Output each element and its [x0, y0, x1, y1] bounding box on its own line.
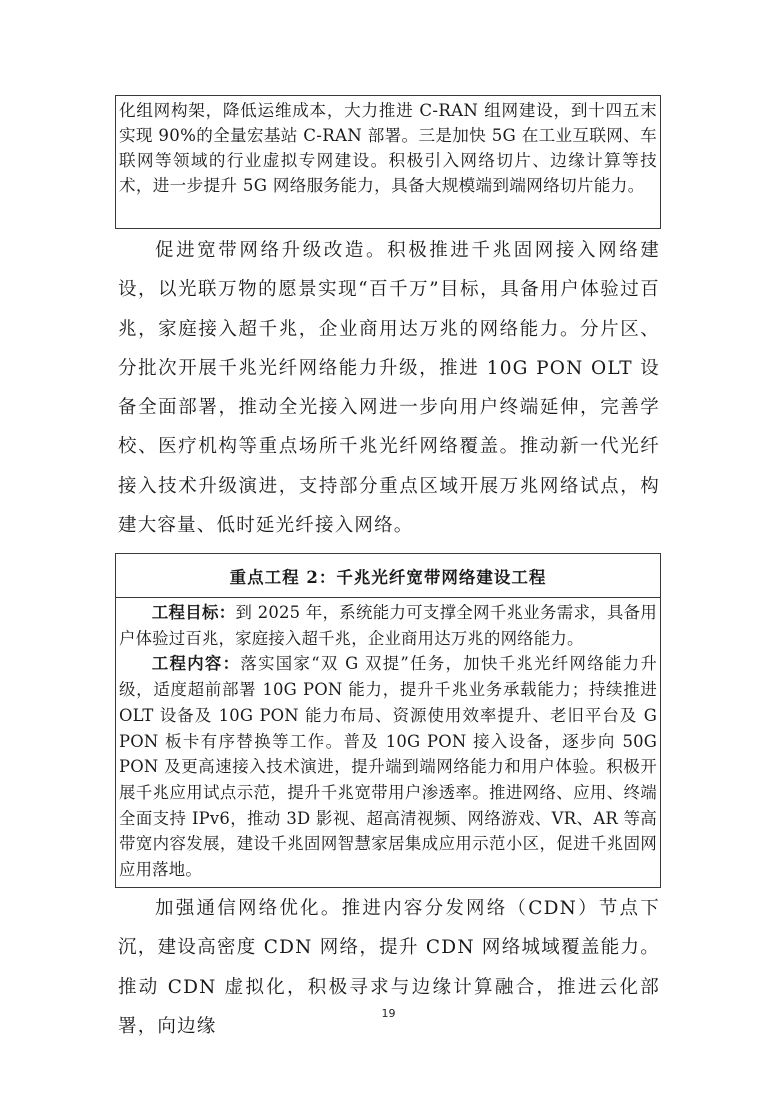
project-content: 工程内容：落实国家“双 G 双提”任务，加快千兆光纤网络能力升级，适度超前部署 … [119, 651, 657, 882]
broadband-upgrade-paragraph: 促进宽带网络升级改造。积极推进千兆固网接入网络建设，以光联万物的愿景实现“百千万… [118, 231, 660, 545]
network-optimization-paragraph: 加强通信网络优化。推进内容分发网络（CDN）节点下沉，建设高密度 CDN 网络，… [118, 889, 660, 1046]
project-content-text: 落实国家“双 G 双提”任务，加快千兆光纤网络能力升级，适度超前部署 10G P… [119, 654, 657, 879]
project-goal-label: 工程目标： [152, 603, 236, 622]
project-content-label: 工程内容： [152, 654, 241, 673]
key-project-box: 重点工程 2：千兆光纤宽带网络建设工程 工程目标：到 2025 年，系统能力可支… [115, 553, 661, 888]
project-goal: 工程目标：到 2025 年，系统能力可支撑全网千兆业务需求，具备用户体验过百兆，… [119, 600, 657, 651]
continued-text-box: 化组网构架，降低运维成本，大力推进 C-RAN 组网建设，到十四五末实现 90%… [115, 95, 661, 229]
page-number: 19 [0, 1007, 777, 1020]
key-project-title: 重点工程 2：千兆光纤宽带网络建设工程 [116, 554, 660, 598]
box-paragraph: 化组网构架，降低运维成本，大力推进 C-RAN 组网建设，到十四五末实现 90%… [119, 98, 657, 198]
key-project-body: 工程目标：到 2025 年，系统能力可支撑全网千兆业务需求，具备用户体验过百兆，… [116, 598, 660, 885]
